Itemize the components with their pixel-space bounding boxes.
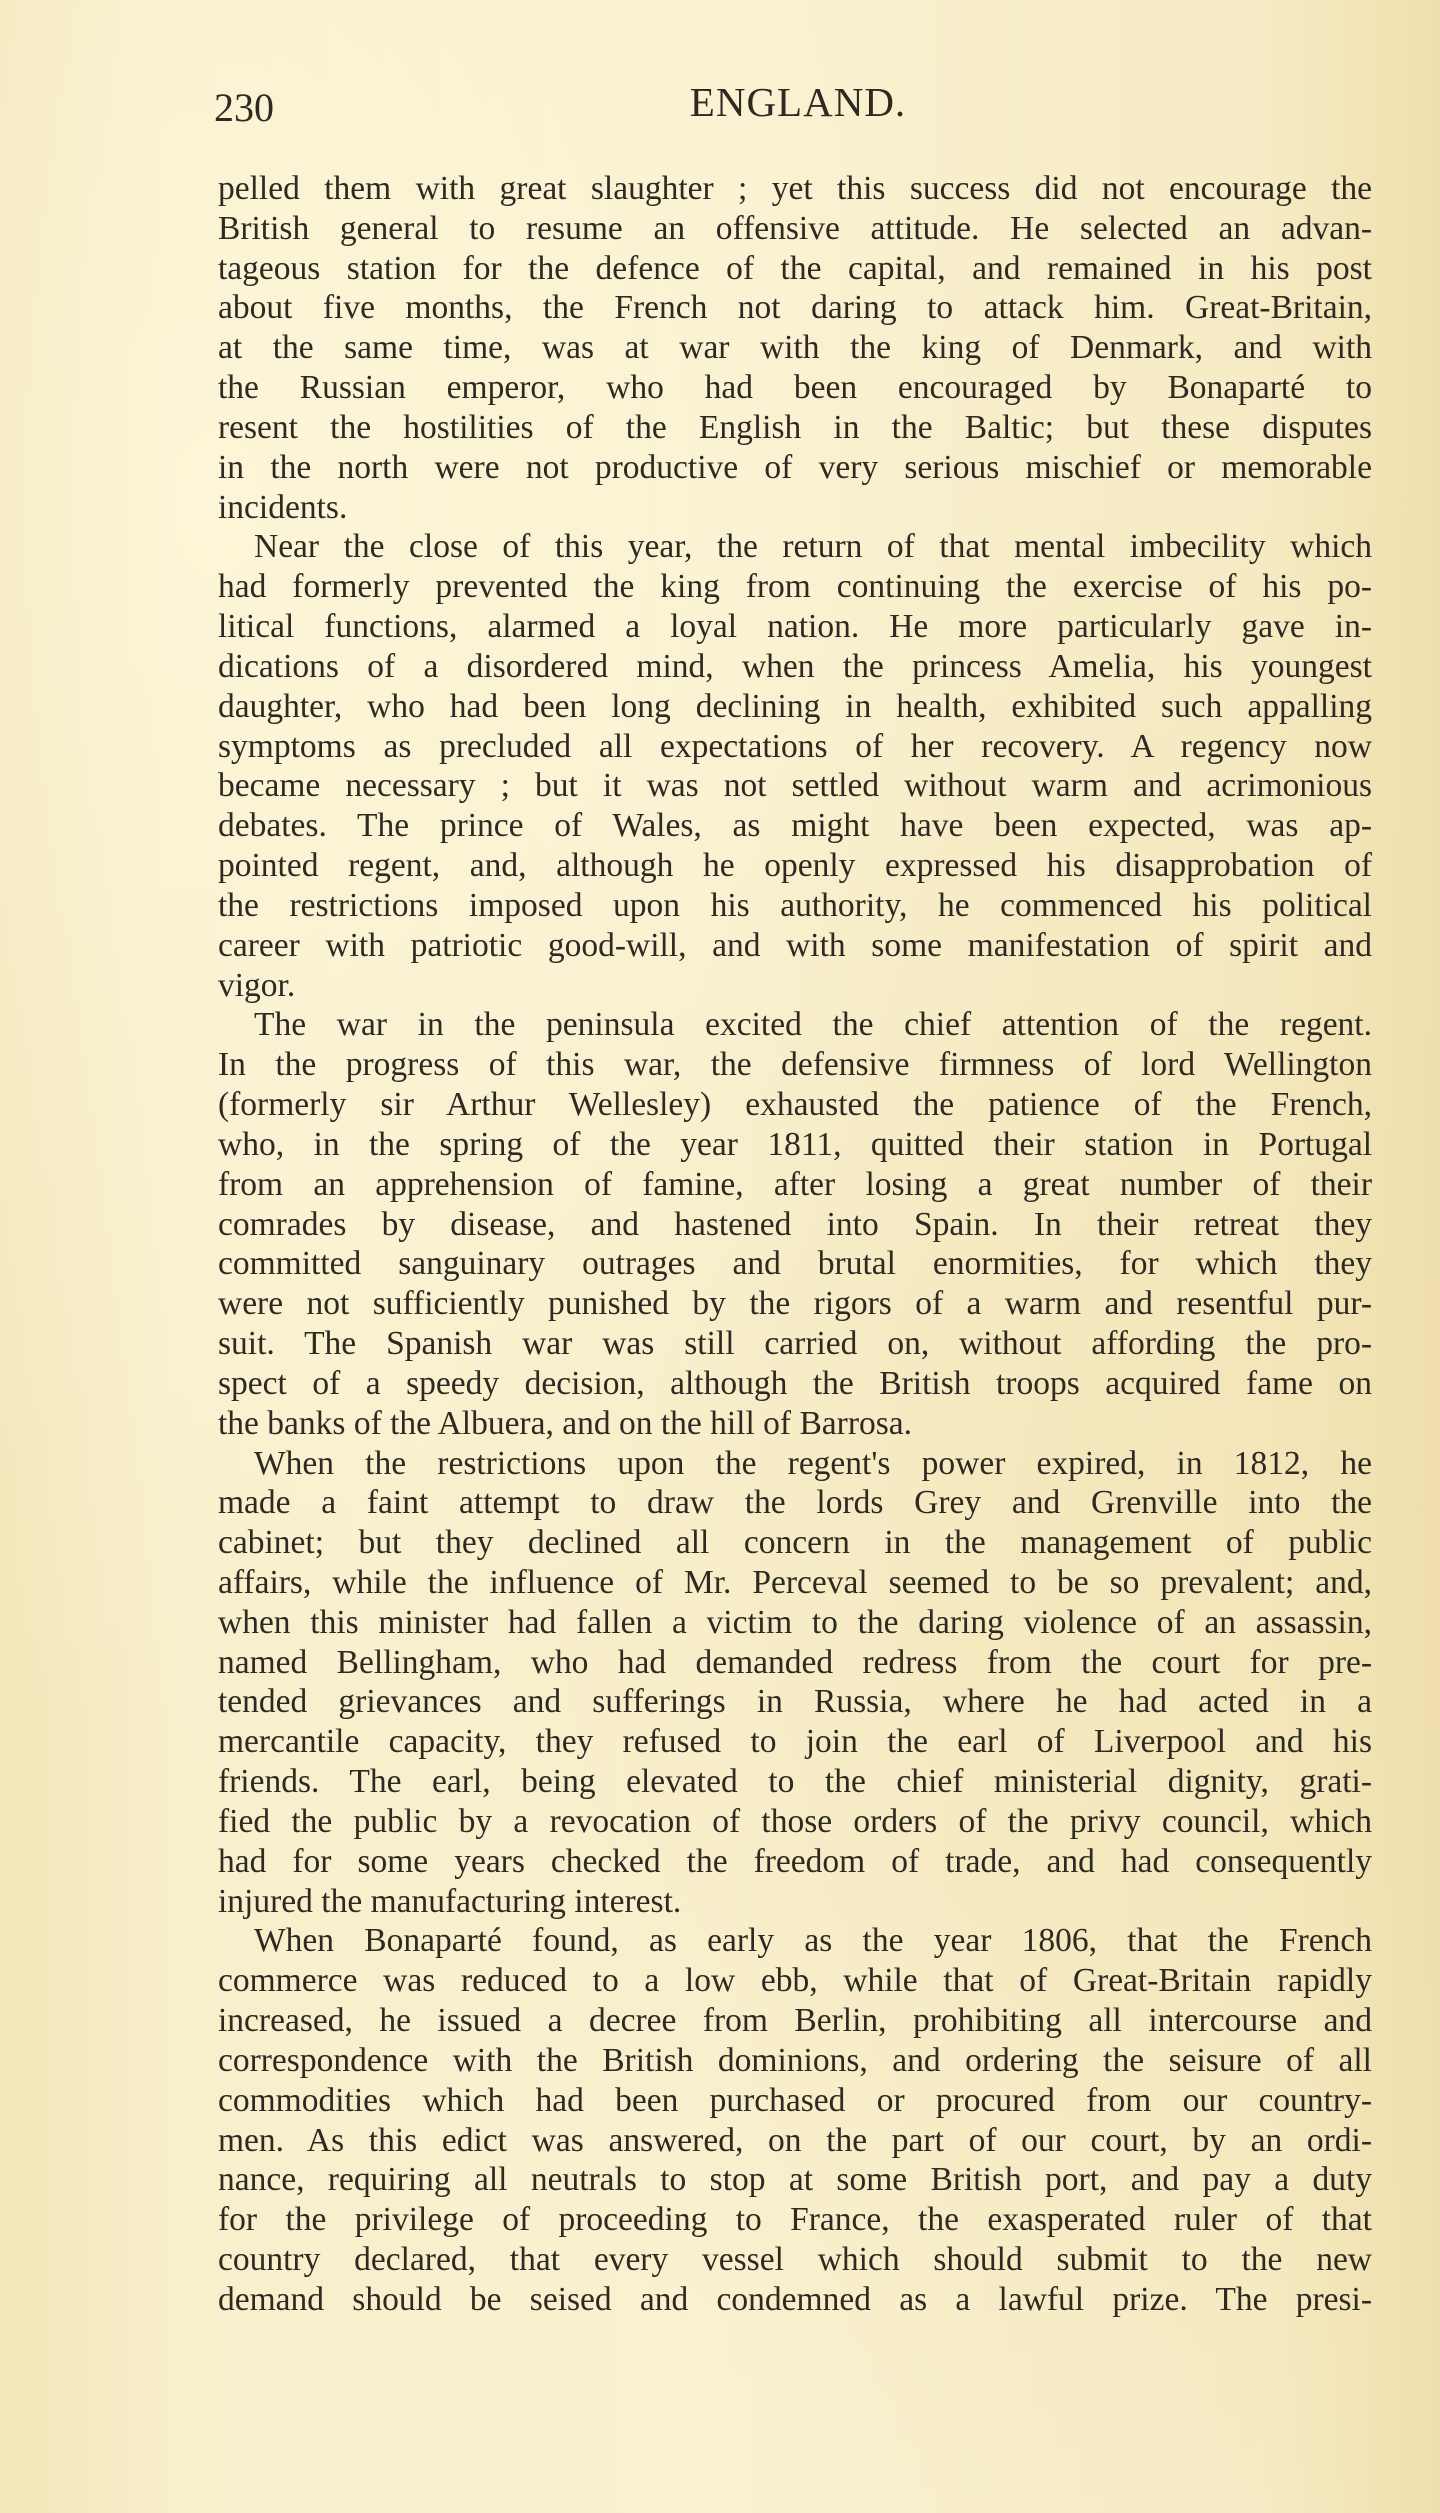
text-line: daughter, who had been long declining in… xyxy=(218,687,1372,727)
text-line: made a faint attempt to draw the lords G… xyxy=(218,1483,1372,1523)
text-line: committed sanguinary outrages and brutal… xyxy=(218,1244,1372,1284)
text-line: nance, requiring all neutrals to stop at… xyxy=(218,2160,1372,2200)
text-line: tended grievances and sufferings in Russ… xyxy=(218,1682,1372,1722)
text-line: pointed regent, and, although he openly … xyxy=(218,846,1372,886)
text-line: the Russian emperor, who had been encour… xyxy=(218,368,1372,408)
text-line: country declared, that every vessel whic… xyxy=(218,2240,1372,2280)
paragraph-first-line: The war in the peninsula excited the chi… xyxy=(218,1005,1372,1045)
text-line: fied the public by a revocation of those… xyxy=(218,1802,1372,1842)
body-text: pelled them with great slaughter ; yet t… xyxy=(218,169,1372,2320)
text-line: when this minister had fallen a victim t… xyxy=(218,1603,1372,1643)
text-line: dications of a disordered mind, when the… xyxy=(218,647,1372,687)
text-line: injured the manufacturing interest. xyxy=(218,1882,1372,1922)
text-line: in the north were not productive of very… xyxy=(218,448,1372,488)
text-line: men. As this edict was answered, on the … xyxy=(218,2121,1372,2161)
paragraph-first-line: Near the close of this year, the return … xyxy=(218,527,1372,567)
text-line: increased, he issued a decree from Berli… xyxy=(218,2001,1372,2041)
text-line: about five months, the French not daring… xyxy=(218,288,1372,328)
text-line: debates. The prince of Wales, as might h… xyxy=(218,806,1372,846)
running-title: ENGLAND. xyxy=(688,80,908,124)
text-line: had formerly prevented the king from con… xyxy=(218,567,1372,607)
paragraph-first-line: When the restrictions upon the regent's … xyxy=(218,1444,1372,1484)
text-line: had for some years checked the freedom o… xyxy=(218,1842,1372,1882)
text-line: symptoms as precluded all expectations o… xyxy=(218,727,1372,767)
text-line: mercantile capacity, they refused to joi… xyxy=(218,1722,1372,1762)
paragraph-first-line: When Bonaparté found, as early as the ye… xyxy=(218,1921,1372,1961)
text-line: vigor. xyxy=(218,966,1372,1006)
text-line: In the progress of this war, the defensi… xyxy=(218,1045,1372,1085)
text-line: pelled them with great slaughter ; yet t… xyxy=(218,169,1372,209)
text-line: affairs, while the influence of Mr. Perc… xyxy=(218,1563,1372,1603)
text-line: cabinet; but they declined all concern i… xyxy=(218,1523,1372,1563)
text-line: commerce was reduced to a low ebb, while… xyxy=(218,1961,1372,2001)
text-line: at the same time, was at war with the ki… xyxy=(218,328,1372,368)
text-line: commodities which had been purchased or … xyxy=(218,2081,1372,2121)
text-line: correspondence with the British dominion… xyxy=(218,2041,1372,2081)
text-line: tageous station for the defence of the c… xyxy=(218,249,1372,289)
text-line: for the privilege of proceeding to Franc… xyxy=(218,2200,1372,2240)
book-page: 230 ENGLAND. pelled them with great slau… xyxy=(0,0,1440,2513)
page-number: 230 xyxy=(214,88,274,128)
text-line: comrades by disease, and hastened into S… xyxy=(218,1205,1372,1245)
text-line: incidents. xyxy=(218,488,1372,528)
text-line: resent the hostilities of the English in… xyxy=(218,408,1372,448)
text-line: who, in the spring of the year 1811, qui… xyxy=(218,1125,1372,1165)
text-line: became necessary ; but it was not settle… xyxy=(218,766,1372,806)
text-line: litical functions, alarmed a loyal natio… xyxy=(218,607,1372,647)
text-line: named Bellingham, who had demanded redre… xyxy=(218,1643,1372,1683)
text-line: friends. The earl, being elevated to the… xyxy=(218,1762,1372,1802)
text-line: (formerly sir Arthur Wellesley) exhauste… xyxy=(218,1085,1372,1125)
text-line: career with patriotic good-will, and wit… xyxy=(218,926,1372,966)
text-line: spect of a speedy decision, although the… xyxy=(218,1364,1372,1404)
running-head: 230 ENGLAND. xyxy=(0,0,1440,140)
text-line: suit. The Spanish war was still carried … xyxy=(218,1324,1372,1364)
text-line: the restrictions imposed upon his author… xyxy=(218,886,1372,926)
text-line: demand should be seised and condemned as… xyxy=(218,2280,1372,2320)
text-line: British general to resume an offensive a… xyxy=(218,209,1372,249)
text-line: from an apprehension of famine, after lo… xyxy=(218,1165,1372,1205)
text-line: were not sufficiently punished by the ri… xyxy=(218,1284,1372,1324)
text-line: the banks of the Albuera, and on the hil… xyxy=(218,1404,1372,1444)
